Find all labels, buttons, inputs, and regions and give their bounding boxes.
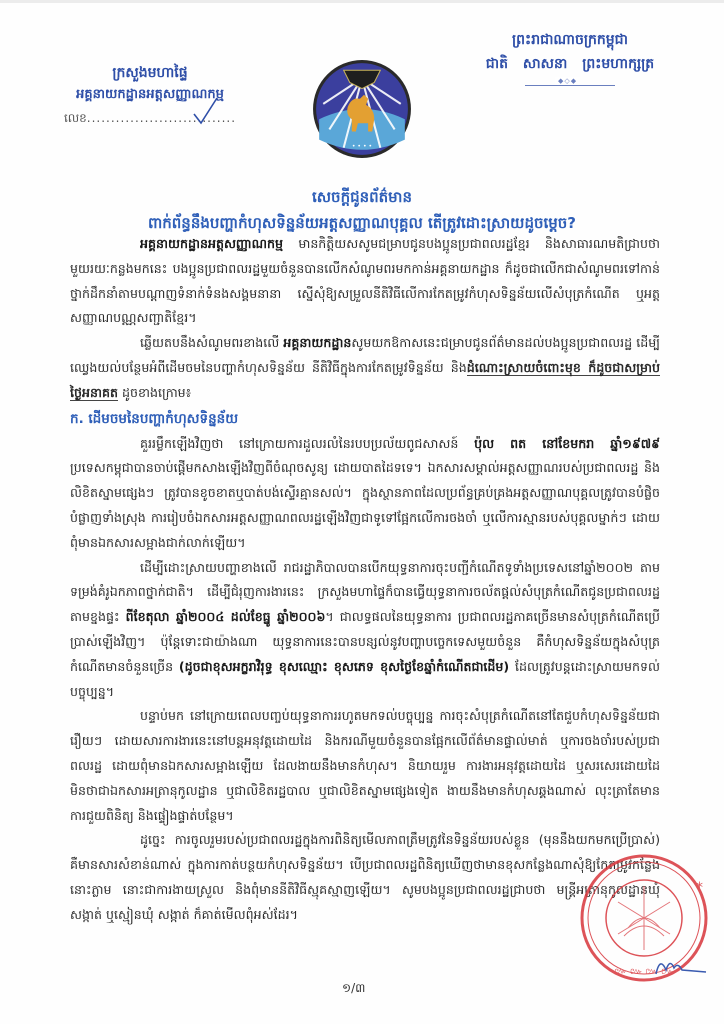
paragraph-3-text-b: ប្រទេសកម្ពុជាបានចាប់ផ្តើមកសាងឡើងវិញពីចំណ… (70, 460, 660, 549)
scan-edge (0, 0, 724, 3)
paragraph-4-bold-2: (ដូចជាខុសអក្ខរាវិរុទ្ធ ខុសឈ្មោះ ខុសភេទ ខ… (179, 659, 509, 674)
svg-text:*: * (696, 880, 703, 896)
paragraph-3: គួររម្លឹកឡើងវិញថា នៅក្រោយការដួលរលំនៃរបបប… (70, 432, 660, 556)
reference-number-label: លេខ (64, 111, 87, 125)
national-motto: ជាតិ សាសនា ព្រះមហាក្សត្រ (470, 52, 670, 76)
paragraph-6: ដូច្នេះ ការចូលរួមរបស់ប្រជាពលរដ្ឋក្នុងការ… (70, 828, 660, 927)
title-line-1: សេចក្តីជូនព័ត៌មាន (40, 184, 684, 210)
paragraph-4: ដើម្បីដោះស្រាយបញ្ហាខាងលើ រាជរដ្ឋាភិបាលបា… (70, 556, 660, 705)
document-body: អគ្គនាយកដ្ឋានអត្តសញ្ញាណកម្ម មានកិត្តិយសស… (70, 232, 660, 928)
paragraph-2-text-c: ដូចខាងក្រោម៖ (118, 385, 191, 400)
paragraph-3-bold: ប៉ុល ពត នៅខែមករា ឆ្នាំ១៩៧៩ (474, 436, 660, 451)
page-number: ១/៣ (342, 980, 365, 998)
document-title: សេចក្តីជូនព័ត៌មាន ពាក់ព័ន្ធនឹងបញ្ហាកំហុស… (40, 184, 684, 236)
section-heading-a: ក. ដើមចមនៃបញ្ហាកំហុសទិន្នន័យ (70, 406, 660, 432)
paragraph-2-bold: អគ្គនាយកដ្ឋាន (283, 335, 351, 350)
kingdom-header: ព្រះរាជាណាចក្រកម្ពុជា ជាតិ សាសនា ព្រះមហា… (470, 28, 670, 88)
checkmark-icon (190, 96, 220, 126)
paragraph-2: ឆ្លើយតបនឹងសំណូមពរខាងលើ អគ្គនាយកដ្ឋានសូមយ… (70, 331, 660, 405)
paragraph-1: អគ្គនាយកដ្ឋានអត្តសញ្ញាណកម្ម មានកិត្តិយសស… (70, 232, 660, 331)
paragraph-4-bold: ពីខែតុលា ឆ្នាំ២០០៤ ដល់ខែធ្នូ ឆ្នាំ២០០៦ (126, 609, 326, 624)
paragraph-1-lead: អគ្គនាយកដ្ឋានអត្តសញ្ញាណកម្ម (140, 236, 283, 251)
paragraph-2-text-a: ឆ្លើយតបនឹងសំណូមពរខាងលើ (140, 335, 283, 350)
ornament-divider (525, 82, 615, 88)
kingdom-name: ព្រះរាជាណាចក្រកម្ពុជា (470, 28, 670, 52)
signature-icon (652, 952, 708, 980)
department-emblem-icon: • • • • (311, 58, 413, 160)
paragraph-5: បន្ទាប់មក នៅក្រោយពេលបញ្ចប់យុទ្ធនាការរហូត… (70, 704, 660, 828)
department-name: អគ្គនាយកដ្ឋានអត្តសញ្ញាណកម្ម (50, 84, 250, 106)
reference-number: លេខ............................... (50, 110, 250, 128)
svg-text:• • • •: • • • • (352, 143, 372, 150)
document-page: ក្រសួងមហាផ្ទៃ អគ្គនាយកដ្ឋានអត្តសញ្ញាណកម្… (0, 0, 724, 1024)
issuer-header: ក្រសួងមហាផ្ទៃ អគ្គនាយកដ្ឋានអត្តសញ្ញាណកម្… (50, 62, 250, 128)
paragraph-3-text-a: គួររម្លឹកឡើងវិញថា នៅក្រោយការដួលរលំនៃរបបប… (140, 436, 474, 451)
ministry-name: ក្រសួងមហាផ្ទៃ (50, 62, 250, 84)
